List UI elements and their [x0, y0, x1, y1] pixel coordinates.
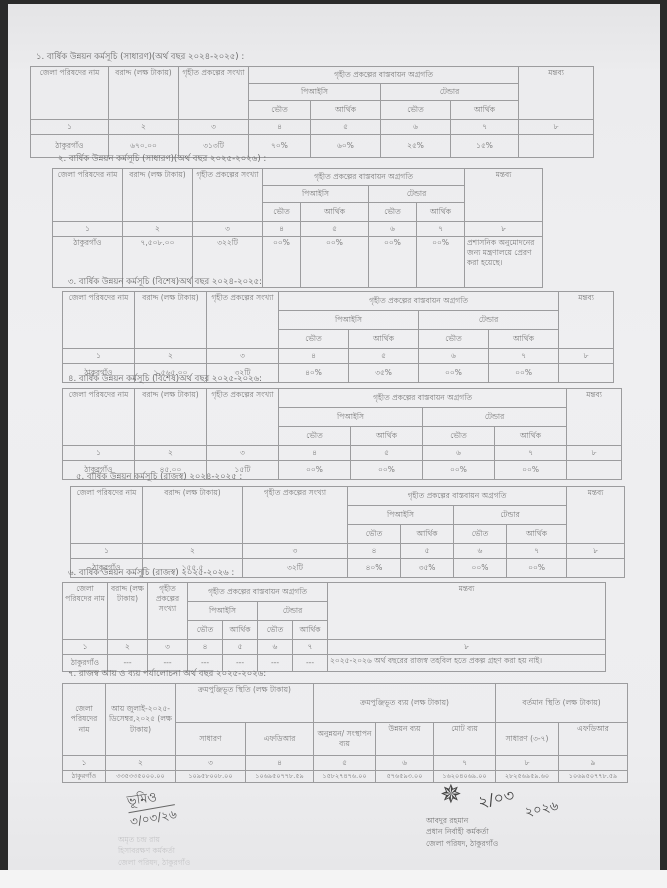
header-pic: পিআইসি — [348, 506, 454, 525]
header-allocation: বরাদ্দ (লক্ষ টাকায়) — [108, 583, 148, 640]
right-stamp-office: জেলা পরিষদ, ঠাকুরগাঁও — [426, 838, 498, 849]
col-num: ৩ — [176, 756, 246, 771]
col-num: ৯ — [559, 756, 628, 771]
header-tender-physical: ভৌত — [423, 427, 495, 446]
header-pic-physical: ভৌত — [249, 101, 311, 120]
cell-current-general: ২৮২৫৬৯৫৯.৬০ — [496, 771, 559, 783]
col-num: ৭ — [489, 349, 559, 364]
col-num: ৬ — [454, 544, 507, 559]
right-stamp: আবদুর রহমান প্রধান নির্বাহী কর্মকর্তা জে… — [426, 815, 498, 849]
header-allocation: বরাদ্দ (লক্ষ টাকায়) — [123, 169, 193, 222]
col-num: ৮ — [519, 120, 594, 135]
col-num: ৮ — [567, 544, 625, 559]
col-num: ৫ — [314, 756, 376, 771]
column-number-row: ১২৩৪৫৬৭৮ — [71, 544, 625, 559]
header-pic: পিআইসি — [279, 408, 423, 427]
header-pic-physical: ভৌত — [263, 203, 301, 222]
header-progress: গৃহীত প্রকল্পের বাস্তবায়ন অগ্রগতি — [249, 67, 519, 84]
header-tender: টেন্ডার — [454, 506, 567, 525]
cell-dev: ৫৭৬৫৯৩.০০ — [376, 771, 434, 783]
progress-table: জেলা পরিষদের নামবরাদ্দ (লক্ষ টাকায়)গৃহী… — [62, 291, 614, 383]
header-tender-physical: ভৌত — [419, 330, 489, 349]
col-num: ১ — [63, 640, 108, 655]
col-num: ২ — [109, 120, 179, 135]
header-remarks: মন্তব্য — [559, 292, 614, 349]
section-title: ৪. বার্ষিক উন্নয়ন কর্মসূচি (বিশেষ)অর্থ … — [68, 372, 622, 386]
column-number-row: ১ ২ ৩ ৪ ৫ ৬ ৭ ৮ ৯ — [63, 756, 628, 771]
col-num: ৪ — [348, 544, 401, 559]
col-num: ২ — [123, 222, 193, 237]
left-stamp-title: হিসাবরক্ষণ কর্মকর্তা — [118, 845, 190, 856]
col-num: ৫ — [311, 120, 381, 135]
header-pic-physical: ভৌত — [279, 330, 349, 349]
header-pic-financial: আর্থিক — [349, 330, 419, 349]
header-progress: গৃহীত প্রকল্পের বাস্তবায়ন অগ্রগতি — [188, 583, 328, 602]
header-tender-physical: ভৌত — [454, 525, 507, 544]
header-tender: টেন্ডার — [419, 311, 559, 330]
left-stamp-office: জেলা পরিষদ, ঠাকুরগাঁও — [118, 857, 190, 868]
header-remarks: মন্তব্য — [328, 583, 606, 640]
header-allocation: বরাদ্দ (লক্ষ টাকায়) — [143, 487, 243, 544]
header-pic-financial: আর্থিক — [351, 427, 423, 446]
cell-income: ৩৩৫৩৩৫০০০.০০ — [106, 771, 176, 783]
col-num: ৬ — [258, 640, 293, 655]
progress-table: জেলা পরিষদের নামবরাদ্দ (লক্ষ টাকায়)গৃহী… — [52, 168, 543, 288]
col-num: ৪ — [279, 349, 349, 364]
header-district: জেলা পরিষদের নাম — [31, 67, 109, 120]
col-num: ১ — [71, 544, 143, 559]
header-tender-physical: ভৌত — [369, 203, 417, 222]
header-progress: গৃহীত প্রকল্পের বাস্তবায়ন অগ্রগতি — [279, 292, 559, 311]
header-tender-financial: আর্থিক — [489, 330, 559, 349]
col-num: ৮ — [465, 222, 543, 237]
progress-table: জেলা পরিষদের নামবরাদ্দ (লক্ষ টাকায়)গৃহী… — [30, 66, 594, 158]
col-num: ৮ — [567, 446, 622, 461]
section-title: ৫. বার্ষিক উন্নয়ন কর্মসূচি (রাজস্ব) ২০২… — [76, 470, 625, 484]
progress-table: জেলা পরিষদের নামবরাদ্দ (লক্ষ টাকায়)গৃহী… — [62, 582, 606, 672]
header-pic-physical: ভৌত — [279, 427, 351, 446]
header-allocation: বরাদ্দ (লক্ষ টাকায়) — [109, 67, 179, 120]
header-tender-financial: আর্থিক — [507, 525, 567, 544]
col-num: ৫ — [301, 222, 369, 237]
right-stamp-title: প্রধান নির্বাহী কর্মকর্তা — [426, 826, 498, 837]
section-4-adp-special-2025-26: ৪. বার্ষিক উন্নয়ন কর্মসূচি (বিশেষ)অর্থ … — [62, 372, 622, 480]
header-pic-physical: ভৌত — [188, 621, 223, 640]
header-pic-physical: ভৌত — [348, 525, 401, 544]
col-num: ৩ — [179, 120, 249, 135]
header-cumulative-balance: ক্রমপুঞ্জিভূত স্থিতি (লক্ষ টাকায়) — [176, 684, 314, 723]
col-num: ২ — [135, 446, 207, 461]
section-3-adp-special-2024-25: ৩. বার্ষিক উন্নয়ন কর্মসূচি (বিশেষ)অর্থ … — [62, 275, 614, 383]
progress-table: জেলা পরিষদের নামবরাদ্দ (লক্ষ টাকায়)গৃহী… — [62, 388, 622, 480]
col-num: ৫ — [349, 349, 419, 364]
col-num: ৫ — [401, 544, 454, 559]
col-num: ৫ — [223, 640, 258, 655]
header-progress: গৃহীত প্রকল্পের বাস্তবায়ন অগ্রগতি — [348, 487, 567, 506]
header-current-fdr: এফডিআর — [559, 723, 628, 756]
header-pic-financial: আর্থিক — [401, 525, 454, 544]
header-projects: গৃহীত প্রকল্পের সংখ্যা — [148, 583, 188, 640]
header-current-balance: বর্তমান স্থিতি (লক্ষ টাকায়) — [496, 684, 628, 723]
right-signature-scribble-mark: ✵ — [440, 780, 462, 810]
col-num: ৪ — [249, 120, 311, 135]
col-num: ৭ — [434, 756, 496, 771]
header-remarks: মন্তব্য — [567, 487, 625, 544]
col-num: ২ — [143, 544, 243, 559]
header-projects: গৃহীত প্রকল্পের সংখ্যা — [207, 292, 279, 349]
col-num: ১ — [63, 349, 135, 364]
header-remarks: মন্তব্য — [567, 389, 622, 446]
cell-cum-fdr: ১০৬৯৫০৭৭৮.৫৯ — [246, 771, 314, 783]
cell-non-dev: ১৫৮২৭৪৭৬.০০ — [314, 771, 376, 783]
col-num: ৮ — [328, 640, 606, 655]
col-num: ১ — [63, 446, 135, 461]
header-tender: টেন্ডার — [258, 602, 328, 621]
header-district: জেলা পরিষদের নাম — [63, 583, 108, 640]
header-pic: পিআইসি — [263, 186, 369, 203]
col-num: ১ — [63, 756, 106, 771]
header-dev-expense: উন্নয়ন ব্যয় — [376, 723, 434, 756]
col-num: ৩ — [243, 544, 348, 559]
page-bottom-edge — [0, 870, 667, 888]
section-5-adp-revenue-2024-25: ৫. বার্ষিক উন্নয়ন কর্মসূচি (রাজস্ব) ২০২… — [70, 470, 625, 578]
header-projects: গৃহীত প্রকল্পের সংখ্যা — [243, 487, 348, 544]
header-pic-financial: আর্থিক — [223, 621, 258, 640]
header-progress: গৃহীত প্রকল্পের বাস্তবায়ন অগ্রগতি — [263, 169, 465, 186]
col-num: ৭ — [417, 222, 465, 237]
header-tender-physical: ভৌত — [381, 101, 451, 120]
header-tender-physical: ভৌত — [258, 621, 293, 640]
col-num: ১ — [31, 120, 109, 135]
header-projects: গৃহীত প্রকল্পের সংখ্যা — [207, 389, 279, 446]
header-tender-financial: আর্থিক — [495, 427, 567, 446]
col-num: ৪ — [188, 640, 223, 655]
col-num: ৩ — [148, 640, 188, 655]
header-cumulative-expense: ক্রমপুঞ্জিভূত ব্যয় (লক্ষ টাকায়) — [314, 684, 496, 723]
section-title: ৭. রাজস্ব আয় ও ব্যয় পর্যালোচনা অর্থ বছ… — [68, 667, 628, 681]
table-row: ঠাকুরগাঁও ৩৩৫৩৩৫০০০.০০ ১০৯৫৮০০৮.০০ ১০৬৯৫… — [63, 771, 628, 783]
header-allocation: বরাদ্দ (লক্ষ টাকায়) — [135, 292, 207, 349]
section-title: ৩. বার্ষিক উন্নয়ন কর্মসূচি (বিশেষ)অর্থ … — [68, 275, 614, 289]
col-num: ২ — [135, 349, 207, 364]
header-projects: গৃহীত প্রকল্পের সংখ্যা — [193, 169, 263, 222]
column-number-row: ১২৩৪৫৬৭৮ — [63, 446, 622, 461]
section-title: ১. বার্ষিক উন্নয়ন কর্মসূচি (সাধারণ)(অর্… — [36, 50, 594, 64]
col-num: ৬ — [423, 446, 495, 461]
cell-cum-general: ১০৯৫৮০০৮.০০ — [176, 771, 246, 783]
col-num: ৪ — [279, 446, 351, 461]
col-num: ৭ — [495, 446, 567, 461]
header-non-dev-expense: অনুন্নয়ন/ সংস্থাপন ব্যয় — [314, 723, 376, 756]
header-pic: পিআইসি — [249, 84, 381, 101]
header-pic: পিআইসি — [188, 602, 258, 621]
section-6-adp-revenue-2025-26: ৬. বার্ষিক উন্নয়ন কর্মসূচি (রাজস্ব) ২০২… — [62, 566, 606, 672]
header-remarks: মন্তব্য — [519, 67, 594, 120]
col-num: ২ — [106, 756, 176, 771]
section-7-revenue-income-expense: ৭. রাজস্ব আয় ও ব্যয় পর্যালোচনা অর্থ বছ… — [62, 667, 628, 783]
header-tender-financial: আর্থিক — [293, 621, 328, 640]
col-num: ৭ — [451, 120, 519, 135]
header-allocation: বরাদ্দ (লক্ষ টাকায়) — [135, 389, 207, 446]
col-num: ৬ — [419, 349, 489, 364]
header-district: জেলা পরিষদের নাম — [63, 389, 135, 446]
col-num: ৮ — [559, 349, 614, 364]
header-pic-financial: আর্থিক — [301, 203, 369, 222]
col-num: ৭ — [507, 544, 567, 559]
cell-district: ঠাকুরগাঁও — [63, 771, 106, 783]
header-district: জেলা পরিষদের নাম — [71, 487, 143, 544]
col-num: ৪ — [263, 222, 301, 237]
header-tender: টেন্ডার — [369, 186, 465, 203]
left-stamp: অমৃত চন্দ্র রায় হিসাবরক্ষণ কর্মকর্তা জে… — [118, 834, 190, 868]
column-number-row: ১২৩৪৫৬৭৮ — [53, 222, 543, 237]
cell-current-fdr: ১০৬৯৫০৭৭৮.৫৯ — [559, 771, 628, 783]
left-stamp-name: অমৃত চন্দ্র রায় — [118, 834, 190, 845]
header-projects: গৃহীত প্রকল্পের সংখ্যা — [179, 67, 249, 120]
col-num: ৩ — [193, 222, 263, 237]
header-tender-financial: আর্থিক — [451, 101, 519, 120]
col-num: ৬ — [376, 756, 434, 771]
header-pic: পিআইসি — [279, 311, 419, 330]
header-tender: টেন্ডার — [423, 408, 567, 427]
column-number-row: ১২৩৪৫৬৭৮ — [31, 120, 594, 135]
header-tender-financial: আর্থিক — [417, 203, 465, 222]
progress-table: জেলা পরিষদের নামবরাদ্দ (লক্ষ টাকায়)গৃহী… — [70, 486, 625, 578]
col-num: ৩ — [207, 446, 279, 461]
col-num: ১ — [53, 222, 123, 237]
revenue-table: জেলা পরিষদের নাম আয় জুলাই-২০২৫-ডিসেম্বর… — [62, 683, 628, 783]
section-2-adp-general-2025-26: ২. বার্ষিক উন্নয়ন কর্মসূচি (সাধারণ)(অর্… — [52, 152, 543, 288]
col-num: ৬ — [381, 120, 451, 135]
header-progress: গৃহীত প্রকল্পের বাস্তবায়ন অগ্রগতি — [279, 389, 567, 408]
section-title: ৬. বার্ষিক উন্নয়ন কর্মসূচি (রাজস্ব) ২০২… — [68, 566, 606, 580]
header-district: জেলা পরিষদের নাম — [63, 684, 106, 756]
col-num: ৫ — [351, 446, 423, 461]
section-title: ২. বার্ষিক উন্নয়ন কর্মসূচি (সাধারণ)(অর্… — [58, 152, 543, 166]
col-num: ৮ — [496, 756, 559, 771]
column-number-row: ১২৩৪৫৬৭৮ — [63, 640, 606, 655]
header-fdr: এফডিআর — [246, 723, 314, 756]
header-pic-financial: আর্থিক — [311, 101, 381, 120]
header-district: জেলা পরিষদের নাম — [53, 169, 123, 222]
column-number-row: ১২৩৪৫৬৭৮ — [63, 349, 614, 364]
col-num: ৭ — [293, 640, 328, 655]
right-stamp-name: আবদুর রহমান — [426, 815, 498, 826]
header-tender: টেন্ডার — [381, 84, 519, 101]
col-num: ৪ — [246, 756, 314, 771]
col-num: ৬ — [369, 222, 417, 237]
header-remarks: মন্তব্য — [465, 169, 543, 222]
header-total-expense: মোট ব্যয় — [434, 723, 496, 756]
col-num: ২ — [108, 640, 148, 655]
header-district: জেলা পরিষদের নাম — [63, 292, 135, 349]
header-current-general: সাধারণ (৩-৭) — [496, 723, 559, 756]
header-general: সাধারণ — [176, 723, 246, 756]
section-1-adp-general-2024-25: ১. বার্ষিক উন্নয়ন কর্মসূচি (সাধারণ)(অর্… — [30, 50, 594, 158]
col-num: ৩ — [207, 349, 279, 364]
header-income: আয় জুলাই-২০২৫-ডিসেম্বর,২০২৫ (লক্ষ টাকায… — [106, 684, 176, 756]
